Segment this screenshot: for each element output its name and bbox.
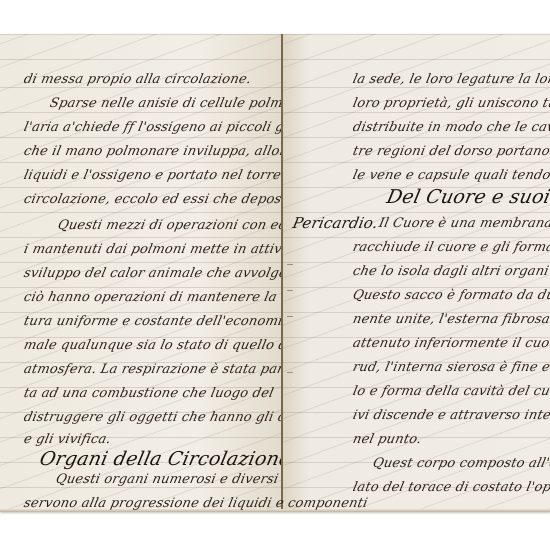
- section-heading: Del Cuore e suoi involucri: [385, 186, 550, 208]
- text-line: atmosfera. La respirazione è stata parag…: [22, 362, 281, 377]
- text-line: ivi discende e attraverso interamente: [351, 408, 550, 423]
- margin-ticks: [283, 34, 313, 512]
- text-line: le vene e capsule quali tendono i capi: [351, 168, 550, 183]
- text-line: Quest corpo composto all'organo: [371, 456, 550, 471]
- text-line: Questi mezzi di operazioni con ecc.: [56, 218, 281, 233]
- text-line: che lo isola dagli altri organi contenut…: [351, 264, 550, 279]
- open-manuscript-book: di messa propio alla circolazione. Spars…: [0, 34, 550, 512]
- text-line: loro proprietà, gli uniscono tutte diffe…: [351, 96, 550, 111]
- text-line: distruggere gli oggetti che hanno gli co…: [22, 410, 281, 425]
- text-line: nente unite, l'esterna fibrosa presenta: [351, 312, 550, 327]
- text-line: attenuto inferiormente il cuore alle str…: [351, 336, 550, 351]
- text-line: che il mano polmonare inviluppa, allora …: [22, 144, 281, 159]
- text-line: rud, l'interna sierosa è fine e riveste: [351, 360, 550, 375]
- left-page: di messa propio alla circolazione. Spars…: [0, 34, 281, 512]
- text-line: ciò hanno operazioni di mantenere la tem…: [22, 290, 281, 305]
- margin-tick: [287, 290, 293, 291]
- text-line: Questo sacco è formato da due lami: [351, 288, 550, 303]
- text-line: tre regioni del dorso portano le arterie: [351, 144, 550, 159]
- margin-tick: [287, 264, 293, 265]
- text-line: nel punto.: [351, 432, 423, 447]
- text-line: l'aria a'chiede ff l'ossigeno ai piccoli…: [22, 120, 281, 135]
- section-heading: Organi della Circolazione: [38, 448, 281, 470]
- text-line: lo e forma della cavità del cuore: [351, 384, 550, 399]
- text-line: Questi organi numerosi e diversi all'inf…: [54, 472, 281, 487]
- text-line: la sede, le loro legature la loro origin…: [351, 72, 550, 87]
- margin-tick: [287, 372, 293, 373]
- text-line: circolazione, eccolo ed essi che deposit…: [22, 192, 281, 207]
- text-line: lato del torace di costato l'opposto: [351, 480, 550, 495]
- right-page: la sede, le loro legature la loro origin…: [283, 34, 550, 512]
- text-line: distribuite in modo che le cavità nelle: [351, 120, 550, 135]
- text-line: tura uniforme e costante dell'economia a…: [22, 314, 281, 329]
- text-line: Sparse nelle anisie di cellule polmonari: [48, 96, 281, 111]
- text-line: i mantenuti dai polmoni mette in attivit…: [22, 242, 281, 257]
- margin-note: Pericardio.: [291, 214, 380, 232]
- text-line: sviluppo del calor animale che avvolge t…: [22, 266, 281, 281]
- text-line: di messa propio alla circolazione.: [22, 72, 252, 87]
- text-line: liquidi e l'ossigeno e portato nel torre…: [22, 168, 281, 183]
- text-line: ta ad una combustione che luogo del: [22, 386, 275, 401]
- margin-tick: [287, 316, 293, 317]
- text-line: racchiude il cuore e gli forma una bo: [351, 240, 550, 255]
- text-line: e gli vivifica.: [22, 432, 112, 447]
- text-line: Il Cuore è una membrana di: [377, 216, 550, 231]
- text-line: male qualunque sia lo stato di quello de…: [22, 338, 281, 353]
